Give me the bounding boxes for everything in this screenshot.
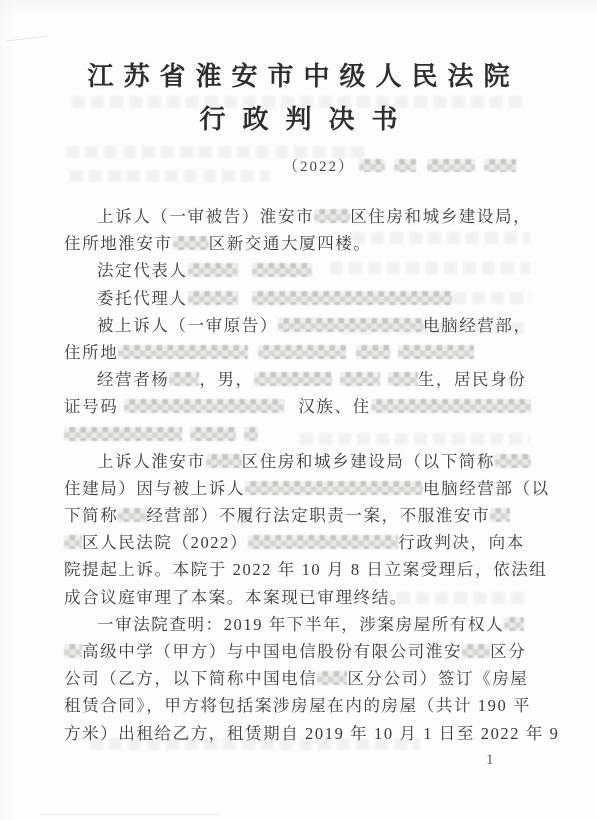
redaction-gap <box>332 384 340 385</box>
redacted-block <box>252 263 312 277</box>
text-line: 下简称经营部）不履行法定职责一案，不服淮安市 <box>64 502 540 529</box>
text-line: 公司（乙方，以下简称中国电信区分公司）签订《房屋 <box>64 665 540 692</box>
text-segment: 区住房和城乡建设局（以下简称 <box>242 452 495 471</box>
redacted-block <box>314 209 350 223</box>
redacted-block <box>245 481 423 495</box>
scan-artifact-line <box>40 814 220 815</box>
redacted-block <box>252 291 452 305</box>
text-line: 委托代理人 <box>64 285 540 312</box>
text-segment: 委托代理人 <box>97 289 188 308</box>
redacted-block <box>356 345 390 359</box>
redacted-block <box>188 263 238 277</box>
text-segment: 上诉人淮安市 <box>97 452 206 471</box>
redacted-block <box>254 372 332 386</box>
text-segment: 证号码 <box>64 397 118 416</box>
redacted-block <box>248 535 398 549</box>
text-line: 区人民法院（2022）行政判决，向本 <box>64 529 540 556</box>
text-line: 上诉人淮安市区住房和城乡建设局（以下简称 <box>64 448 540 475</box>
text-segment: 住建局）因与被上诉人 <box>64 479 245 498</box>
text-line: 租赁合同》，甲方将包括案涉房屋在内的房屋（共计 190 平 <box>64 692 540 719</box>
redacted-block <box>340 372 380 386</box>
redacted-block <box>317 671 347 685</box>
text-segment: 行政判决，向本 <box>398 533 525 552</box>
text-segment: 院提起上诉。本院于 2022 年 10 月 8 日立案受理后，依法组 <box>64 560 547 579</box>
redacted-block <box>118 345 248 359</box>
redacted-block <box>388 372 418 386</box>
redaction-gap <box>416 170 427 171</box>
text-segment: 区新交通大厦四楼。 <box>209 234 372 253</box>
redaction-gap <box>238 303 252 304</box>
text-segment: ，男， <box>199 370 253 389</box>
redacted-block <box>490 508 510 522</box>
text-line: 住建局）因与被上诉人电脑经营部（以 <box>64 475 540 502</box>
redaction-gap <box>385 170 394 171</box>
case-number-line: （2022） <box>283 155 516 176</box>
text-segment: 区住房和城乡建设局， <box>350 207 531 226</box>
redaction-gap <box>475 170 484 171</box>
redacted-block <box>258 345 346 359</box>
text-line: 院提起上诉。本院于 2022 年 10 月 8 日立案受理后，依法组 <box>64 556 540 583</box>
redaction-gap <box>248 357 258 358</box>
redaction-gap <box>346 357 356 358</box>
redacted-block <box>278 318 423 332</box>
text-line: 住所地 <box>64 339 540 366</box>
text-segment: 汉族、住 <box>298 397 370 416</box>
redacted-block <box>427 159 475 172</box>
redacted-block <box>64 644 82 658</box>
redacted-block <box>118 508 146 522</box>
redacted-block <box>359 159 385 172</box>
redacted-block <box>124 399 284 413</box>
redacted-block <box>394 159 416 172</box>
redacted-block <box>64 535 82 549</box>
text-segment: 经营者杨 <box>97 370 169 389</box>
text-segment: 上诉人（一审被告）淮安市 <box>97 207 314 226</box>
text-segment: 电脑经营部（以 <box>423 479 550 498</box>
redacted-block <box>190 427 236 441</box>
text-line: 上诉人（一审被告）淮安市区住房和城乡建设局， <box>64 203 540 230</box>
scanned-judgment-page: 江苏省淮安市中级人民法院 行政判决书 （2022） 上诉人（一审被告）淮安市区住… <box>0 0 597 820</box>
text-line: 一审法院查明：2019 年下半年，涉案房屋所有权人 <box>64 611 540 638</box>
text-line: 住所地淮安市区新交通大厦四楼。 <box>64 230 540 257</box>
redacted-block <box>244 427 258 441</box>
bleed-through-artifact <box>70 170 270 182</box>
text-segment: 被上诉人（一审原告） <box>97 316 278 335</box>
redaction-gap <box>380 384 388 385</box>
text-segment: 方米）出租给乙方，租赁期自 2019 年 10 月 1 日至 2022 年 9 <box>64 724 560 743</box>
text-line <box>64 421 540 448</box>
redacted-block <box>188 291 238 305</box>
court-name-title: 江苏省淮安市中级人民法院 <box>0 56 597 93</box>
text-segment: （2022） <box>283 159 355 175</box>
text-line: 证号码汉族、住 <box>64 393 540 420</box>
redaction-gap <box>182 439 190 440</box>
text-segment: 一审法院查明：2019 年下半年，涉案房屋所有权人 <box>97 615 504 634</box>
redacted-block <box>206 454 242 468</box>
text-line: 被上诉人（一审原告）电脑经营部， <box>64 312 540 339</box>
text-segment: 电脑经营部， <box>423 316 532 335</box>
redacted-block <box>169 372 199 386</box>
text-segment: 区人民法院（2022） <box>82 533 248 552</box>
text-segment: 生，居民身份 <box>418 370 527 389</box>
redacted-block <box>462 644 490 658</box>
text-line: 经营者杨，男，生，居民身份 <box>64 366 540 393</box>
text-segment: 高级中学（甲方）与中国电信股份有限公司淮安 <box>82 642 462 661</box>
redacted-block <box>504 617 524 631</box>
redaction-gap <box>236 439 244 440</box>
text-line: 法定代表人 <box>64 257 540 284</box>
document-body: 上诉人（一审被告）淮安市区住房和城乡建设局，住所地淮安市区新交通大厦四楼。法定代… <box>64 203 540 747</box>
redacted-block <box>398 345 474 359</box>
text-segment: 住所地淮安市 <box>64 234 173 253</box>
page-number: 1 <box>486 752 494 769</box>
redacted-block <box>495 454 531 468</box>
redaction-gap <box>284 411 298 412</box>
text-line: 成合议庭审理了本案。本案现已审理终结。 <box>64 584 540 611</box>
text-segment: 租赁合同》，甲方将包括案涉房屋在内的房屋（共计 190 平 <box>64 696 531 715</box>
text-segment: 成合议庭审理了本案。本案现已审理终结。 <box>64 588 408 607</box>
redacted-block <box>64 427 182 441</box>
text-segment: 区分 <box>490 642 526 661</box>
text-segment: 住所地 <box>64 343 118 362</box>
redacted-block <box>484 159 516 172</box>
document-type-title: 行政判决书 <box>0 99 597 136</box>
redaction-gap <box>238 275 252 276</box>
redacted-block <box>173 236 209 250</box>
text-segment: 公司（乙方，以下简称中国电信 <box>64 669 317 688</box>
text-segment: 经营部）不履行法定职责一案，不服淮安市 <box>146 506 490 525</box>
text-line: 高级中学（甲方）与中国电信股份有限公司淮安区分 <box>64 638 540 665</box>
text-segment: 下简称 <box>64 506 118 525</box>
scan-artifact-line <box>6 35 48 41</box>
redaction-gap <box>390 357 398 358</box>
text-segment: 区分公司）签订《房屋 <box>347 669 528 688</box>
text-line: 方米）出租给乙方，租赁期自 2019 年 10 月 1 日至 2022 年 9 <box>64 720 540 747</box>
text-segment: 法定代表人 <box>97 261 188 280</box>
redacted-block <box>371 399 531 413</box>
